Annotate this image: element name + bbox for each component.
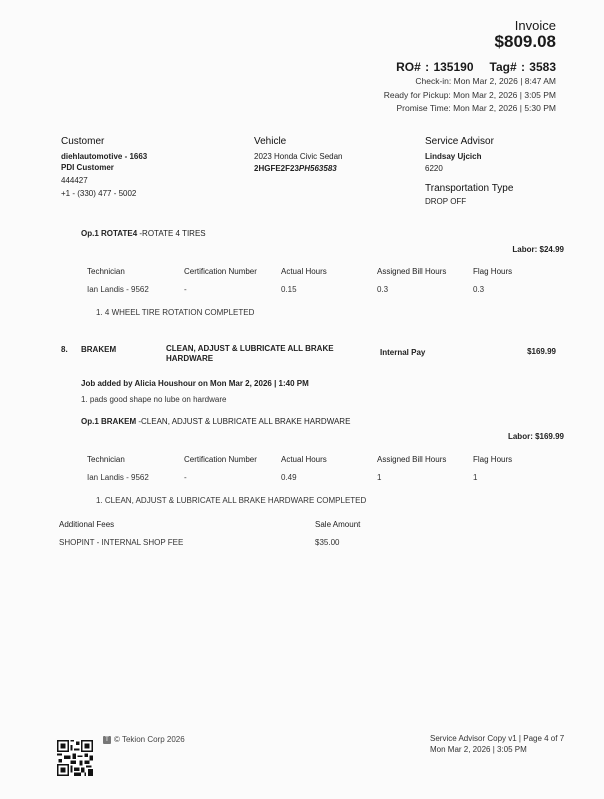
fee-name: SHOPINT - INTERNAL SHOP FEE	[59, 538, 183, 547]
promise-time: Promise Time: Mon Mar 2, 2026 | 5:30 PM	[396, 103, 556, 113]
vin-suffix: PH563583	[299, 164, 337, 173]
job-amount: $169.99	[527, 347, 556, 356]
checkin-time: Check-in: Mon Mar 2, 2026 | 8:47 AM	[415, 76, 556, 86]
job-cause: 1. pads good shape no lube on hardware	[81, 395, 226, 404]
fees-header-name: Additional Fees	[59, 520, 114, 529]
op-rotate-labor: Labor: $24.99	[512, 245, 564, 254]
transportation-title: Transportation Type	[425, 183, 513, 194]
rotate-flag-hours: 0.3	[473, 285, 484, 294]
op-brake-heading: Op.1 BRAKEM -CLEAN, ADJUST & LUBRICATE A…	[81, 417, 350, 426]
footer-copy-info: Service Advisor Copy v1 | Page 4 of 7	[430, 734, 564, 743]
col-technician: Technician	[87, 267, 125, 276]
tekion-logo-icon: T	[103, 736, 111, 744]
customer-id: 444427	[61, 176, 88, 185]
ready-time: Ready for Pickup: Mon Mar 2, 2026 | 3:05…	[384, 90, 556, 100]
rotate-technician: Ian Landis - 9562	[87, 285, 149, 294]
col-flag-hours: Flag Hours	[473, 455, 512, 464]
col-actual-hours: Actual Hours	[281, 455, 327, 464]
fees-header-amount: Sale Amount	[315, 520, 360, 529]
vehicle-title: Vehicle	[254, 136, 286, 147]
transportation-value: DROP OFF	[425, 197, 466, 206]
rotate-actual-hours: 0.15	[281, 285, 297, 294]
advisor-title: Service Advisor	[425, 136, 494, 147]
brake-technician: Ian Landis - 9562	[87, 473, 149, 482]
op-rotate-code: Op.1 ROTATE4	[81, 229, 137, 238]
rotate-assigned-bill: 0.3	[377, 285, 388, 294]
col-technician: Technician	[87, 455, 125, 464]
vehicle-description: 2023 Honda Civic Sedan	[254, 152, 343, 161]
footer-copyright: T© Tekion Corp 2026	[103, 735, 185, 744]
job-pay-type: Internal Pay	[380, 348, 425, 357]
col-assigned-bill: Assigned Bill Hours	[377, 267, 446, 276]
op-rotate-heading: Op.1 ROTATE4 -ROTATE 4 TIRES	[81, 229, 206, 238]
brake-note: 1. CLEAN, ADJUST & LUBRICATE ALL BRAKE H…	[96, 496, 366, 505]
footer-printed: Mon Mar 2, 2026 | 3:05 PM	[430, 745, 527, 754]
rotate-note: 1. 4 WHEEL TIRE ROTATION COMPLETED	[96, 308, 254, 317]
advisor-name: Lindsay Ujcich	[425, 152, 481, 161]
col-assigned-bill: Assigned Bill Hours	[377, 455, 446, 464]
brake-certification: -	[184, 473, 187, 482]
tag-number: Tag# : 3583	[490, 60, 556, 74]
op-brake-code: Op.1 BRAKEM	[81, 417, 136, 426]
qr-code-icon	[57, 740, 93, 776]
customer-phone: +1 - (330) 477 - 5002	[61, 189, 136, 198]
col-certification: Certification Number	[184, 267, 257, 276]
customer-title: Customer	[61, 136, 104, 147]
col-flag-hours: Flag Hours	[473, 267, 512, 276]
fee-amount: $35.00	[315, 538, 339, 547]
vin-prefix: 2HGFE2F23	[254, 164, 299, 173]
col-actual-hours: Actual Hours	[281, 267, 327, 276]
customer-name: diehlautomotive - 1663	[61, 152, 147, 161]
job-added-by: Job added by Alicia Houshour on Mon Mar …	[81, 379, 309, 388]
invoice-title: Invoice	[515, 18, 556, 33]
ro-number: RO# : 135190	[396, 60, 473, 74]
op-rotate-desc: -ROTATE 4 TIRES	[137, 229, 205, 238]
brake-flag-hours: 1	[473, 473, 477, 482]
brake-assigned-bill: 1	[377, 473, 381, 482]
brake-actual-hours: 0.49	[281, 473, 297, 482]
op-brake-desc: -CLEAN, ADJUST & LUBRICATE ALL BRAKE HAR…	[136, 417, 350, 426]
job-code: BRAKEM	[81, 345, 116, 354]
ro-tag-line: RO# : 135190Tag# : 3583	[396, 60, 556, 74]
vehicle-vin: 2HGFE2F23PH563583	[254, 164, 337, 173]
invoice-total: $809.08	[495, 32, 556, 52]
rotate-certification: -	[184, 285, 187, 294]
col-certification: Certification Number	[184, 455, 257, 464]
advisor-id: 6220	[425, 164, 443, 173]
job-number: 8.	[61, 345, 68, 354]
op-brake-labor: Labor: $169.99	[508, 432, 564, 441]
customer-type: PDI Customer	[61, 163, 114, 172]
job-description: CLEAN, ADJUST & LUBRICATE ALL BRAKE HARD…	[166, 344, 346, 364]
